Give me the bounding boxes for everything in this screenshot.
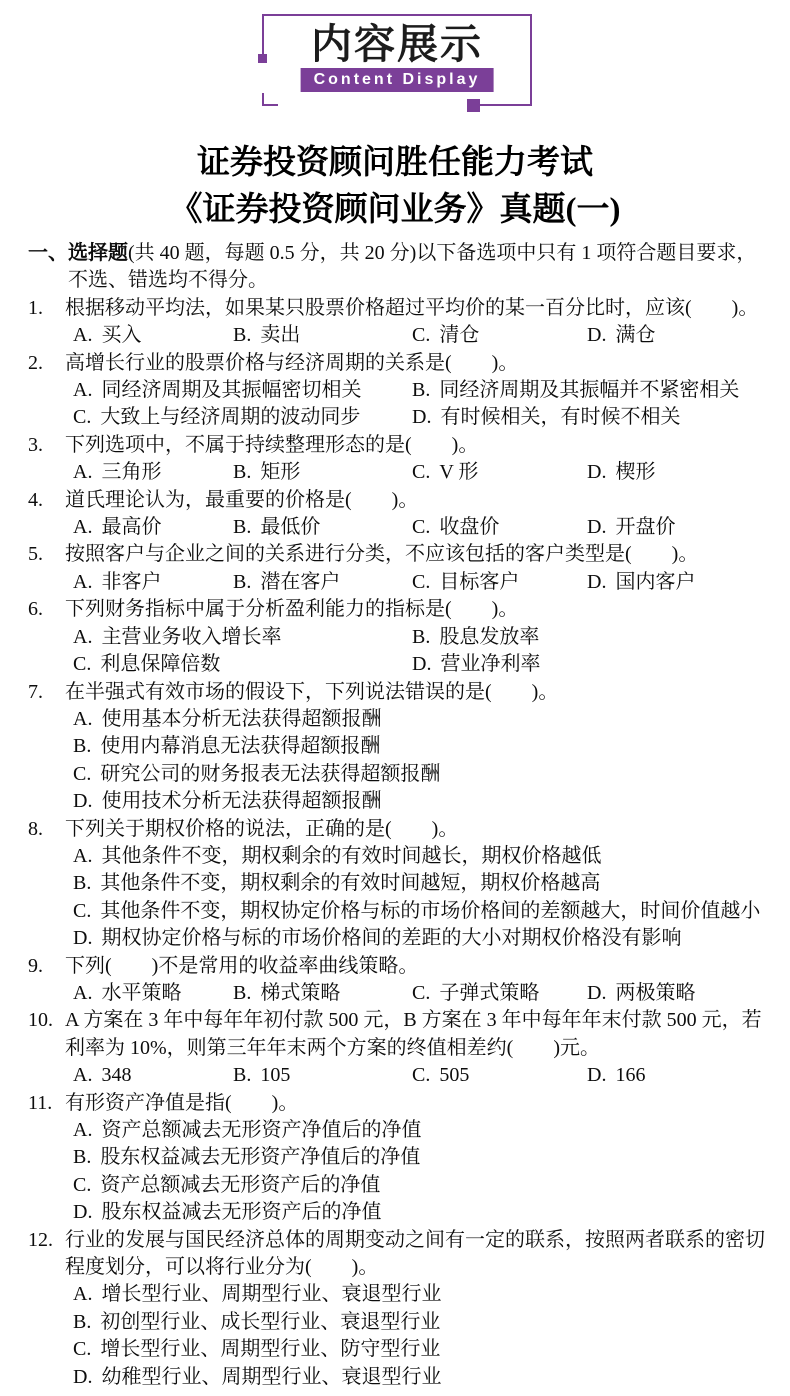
option-label: C. (412, 982, 430, 1004)
question-number: 2. (28, 350, 65, 377)
option-text: 初创型行业、成长型行业、衰退型行业 (100, 1311, 440, 1333)
option-label: B. (233, 516, 251, 538)
option-label: A. (73, 1119, 92, 1141)
question-text: 根据移动平均法，如果某只股票价格超过平均价的某一百分比时，应该( )。 (65, 295, 765, 322)
badge-frame-top-line (262, 14, 532, 16)
option-item: A.最高价 (73, 514, 233, 541)
option-text: 楔形 (615, 461, 655, 483)
question-number: 12. (28, 1227, 65, 1282)
option-item: C.目标客户 (412, 569, 587, 596)
option-text: 使用内幕消息无法获得超额报酬 (100, 735, 380, 757)
option-text: 最低价 (260, 516, 320, 538)
option-text: 505 (439, 1064, 469, 1086)
option-text: 使用技术分析无法获得超额报酬 (101, 790, 381, 812)
question-item: 4.道氏理论认为，最重要的价格是( )。A.最高价B.最低价C.收盘价D.开盘价 (28, 487, 765, 542)
option-item: C.大致上与经济周期的波动同步 (73, 404, 412, 431)
option-item: B.其他条件不变，期权剩余的有效时间越短，期权价格越高 (73, 870, 765, 897)
option-label: B. (412, 379, 430, 401)
option-item: C.子弹式策略 (412, 980, 587, 1007)
option-text: 卖出 (260, 324, 300, 346)
question-head: 9.下列( )不是常用的收益率曲线策略。 (28, 953, 765, 980)
option-label: D. (587, 516, 606, 538)
option-text: 子弹式策略 (439, 982, 539, 1004)
option-item: A.同经济周期及其振幅密切相关 (73, 377, 412, 404)
question-number: 11. (28, 1090, 65, 1117)
option-item: D.满仓 (587, 322, 765, 349)
question-head: 4.道氏理论认为，最重要的价格是( )。 (28, 487, 765, 514)
option-label: A. (73, 982, 92, 1004)
option-label: B. (73, 872, 91, 894)
option-item: C.资产总额减去无形资产后的净值 (73, 1172, 765, 1199)
question-head: 7.在半强式有效市场的假设下，下列说法错误的是( )。 (28, 679, 765, 706)
question-text: 下列选项中，不属于持续整理形态的是( )。 (65, 432, 765, 459)
option-text: 目标客户 (439, 571, 519, 593)
question-head: 1.根据移动平均法，如果某只股票价格超过平均价的某一百分比时，应该( )。 (28, 295, 765, 322)
option-text: 股东权益减去无形资产后的净值 (101, 1201, 381, 1223)
option-text: 使用基本分析无法获得超额报酬 (101, 708, 381, 730)
option-label: C. (412, 324, 430, 346)
option-group: A.买入B.卖出C.清仓D.满仓 (73, 322, 765, 349)
option-item: B.股东权益减去无形资产净值后的净值 (73, 1144, 765, 1171)
option-item: D.两极策略 (587, 980, 765, 1007)
option-text: 增长型行业、周期型行业、防守型行业 (100, 1338, 440, 1360)
option-item: D.楔形 (587, 459, 765, 486)
option-label: D. (73, 927, 92, 949)
question-head: 11.有形资产净值是指( )。 (28, 1090, 765, 1117)
option-label: D. (587, 324, 606, 346)
option-label: A. (73, 845, 92, 867)
option-text: 166 (615, 1064, 645, 1086)
question-text: 按照客户与企业之间的关系进行分类，不应该包括的客户类型是( )。 (65, 541, 765, 568)
badge-corner-bracket-horizontal (262, 104, 278, 106)
option-group: A.其他条件不变，期权剩余的有效时间越长，期权价格越低B.其他条件不变，期权剩余… (73, 843, 765, 953)
option-item: A.水平策略 (73, 980, 233, 1007)
option-text: 348 (101, 1064, 131, 1086)
option-group: A.水平策略B.梯式策略C.子弹式策略D.两极策略 (73, 980, 765, 1007)
option-item: A.主营业务收入增长率 (73, 624, 412, 651)
option-text: 矩形 (260, 461, 300, 483)
option-label: D. (587, 571, 606, 593)
option-group: A.348B.105C.505D.166 (73, 1062, 765, 1089)
question-text: 高增长行业的股票价格与经济周期的关系是( )。 (65, 350, 765, 377)
badge-title-chinese: 内容展示 (262, 24, 532, 65)
document-title-line1: 证券投资顾问胜任能力考试 (0, 140, 790, 187)
content-display-page: 内容展示 Content Display 证券投资顾问胜任能力考试 《证券投资顾… (0, 0, 790, 1396)
option-text: 股息发放率 (439, 626, 539, 648)
question-item: 9.下列( )不是常用的收益率曲线策略。A.水平策略B.梯式策略C.子弹式策略D… (28, 953, 765, 1008)
badge-frame-bottom-line (476, 104, 532, 106)
header-badge: 内容展示 Content Display (262, 14, 532, 106)
question-number: 6. (28, 596, 65, 623)
option-label: C. (73, 763, 91, 785)
document-title: 证券投资顾问胜任能力考试 《证券投资顾问业务》真题(一) (0, 140, 790, 234)
option-label: C. (73, 1174, 91, 1196)
question-item: 1.根据移动平均法，如果某只股票价格超过平均价的某一百分比时，应该( )。A.买… (28, 295, 765, 350)
question-item: 12.行业的发展与国民经济总体的周期变动之间有一定的联系，按照两者联系的密切程度… (28, 1227, 765, 1391)
option-label: D. (587, 982, 606, 1004)
option-item: A.使用基本分析无法获得超额报酬 (73, 706, 765, 733)
option-item: A.资产总额减去无形资产净值后的净值 (73, 1117, 765, 1144)
option-label: B. (233, 571, 251, 593)
question-item: 8.下列关于期权价格的说法，正确的是( )。A.其他条件不变，期权剩余的有效时间… (28, 816, 765, 953)
option-text: 潜在客户 (260, 571, 340, 593)
option-item: B.初创型行业、成长型行业、衰退型行业 (73, 1309, 765, 1336)
question-number: 8. (28, 816, 65, 843)
option-item: C.研究公司的财务报表无法获得超额报酬 (73, 761, 765, 788)
question-number: 3. (28, 432, 65, 459)
option-label: A. (73, 379, 92, 401)
option-item: D.使用技术分析无法获得超额报酬 (73, 788, 765, 815)
option-group: A.同经济周期及其振幅密切相关B.同经济周期及其振幅并不紧密相关C.大致上与经济… (73, 377, 765, 432)
question-item: 7.在半强式有效市场的假设下，下列说法错误的是( )。A.使用基本分析无法获得超… (28, 679, 765, 816)
option-item: D.期权协定价格与标的市场价格间的差距的大小对期权价格没有影响 (73, 925, 765, 952)
question-item: 3.下列选项中，不属于持续整理形态的是( )。A.三角形B.矩形C.V 形D.楔… (28, 432, 765, 487)
question-text: 下列( )不是常用的收益率曲线策略。 (65, 953, 765, 980)
option-label: A. (73, 461, 92, 483)
option-label: C. (73, 406, 91, 428)
option-item: C.505 (412, 1062, 587, 1089)
option-label: C. (412, 1064, 430, 1086)
question-head: 3.下列选项中，不属于持续整理形态的是( )。 (28, 432, 765, 459)
question-item: 6.下列财务指标中属于分析盈利能力的指标是( )。A.主营业务收入增长率B.股息… (28, 596, 765, 678)
question-number: 4. (28, 487, 65, 514)
option-item: B.同经济周期及其振幅并不紧密相关 (412, 377, 765, 404)
option-label: D. (587, 461, 606, 483)
option-label: C. (73, 653, 91, 675)
option-label: A. (73, 626, 92, 648)
option-text: 大致上与经济周期的波动同步 (100, 406, 360, 428)
badge-title-english: Content Display (301, 68, 494, 92)
question-head: 5.按照客户与企业之间的关系进行分类，不应该包括的客户类型是( )。 (28, 541, 765, 568)
question-number: 1. (28, 295, 65, 322)
question-text: 有形资产净值是指( )。 (65, 1090, 765, 1117)
option-label: A. (73, 516, 92, 538)
badge-accent-square-bottom (467, 99, 480, 112)
option-label: D. (73, 1201, 92, 1223)
option-text: 增长型行业、周期型行业、衰退型行业 (101, 1283, 441, 1305)
option-item: D.股东权益减去无形资产后的净值 (73, 1199, 765, 1226)
option-text: 其他条件不变，期权协定价格与标的市场价格间的差额越大，时间价值越小 (100, 900, 760, 922)
option-group: A.使用基本分析无法获得超额报酬B.使用内幕消息无法获得超额报酬C.研究公司的财… (73, 706, 765, 816)
option-label: B. (412, 626, 430, 648)
option-text: 清仓 (439, 324, 479, 346)
option-item: D.有时候相关，有时候不相关 (412, 404, 765, 431)
section-description: (共 40 题，每题 0.5 分，共 20 分)以下备选项中只有 1 项符合题目… (68, 242, 756, 291)
question-item: 5.按照客户与企业之间的关系进行分类，不应该包括的客户类型是( )。A.非客户B… (28, 541, 765, 596)
option-item: D.166 (587, 1062, 765, 1089)
option-label: D. (412, 406, 431, 428)
option-item: B.矩形 (233, 459, 412, 486)
section-number: 一、 (28, 240, 68, 295)
option-text: 研究公司的财务报表无法获得超额报酬 (100, 763, 440, 785)
option-item: D.营业净利率 (412, 651, 765, 678)
option-group: A.最高价B.最低价C.收盘价D.开盘价 (73, 514, 765, 541)
option-text: 三角形 (101, 461, 161, 483)
option-text: 主营业务收入增长率 (101, 626, 281, 648)
option-item: C.其他条件不变，期权协定价格与标的市场价格间的差额越大，时间价值越小 (73, 898, 765, 925)
question-head: 8.下列关于期权价格的说法，正确的是( )。 (28, 816, 765, 843)
option-label: A. (73, 708, 92, 730)
option-text: 幼稚型行业、周期型行业、衰退型行业 (101, 1366, 441, 1388)
option-text: 资产总额减去无形资产后的净值 (100, 1174, 380, 1196)
option-text: 股东权益减去无形资产净值后的净值 (100, 1146, 420, 1168)
option-group: A.资产总额减去无形资产净值后的净值B.股东权益减去无形资产净值后的净值C.资产… (73, 1117, 765, 1227)
option-group: A.主营业务收入增长率B.股息发放率C.利息保障倍数D.营业净利率 (73, 624, 765, 679)
option-item: D.幼稚型行业、周期型行业、衰退型行业 (73, 1364, 765, 1391)
option-text: 其他条件不变，期权剩余的有效时间越短，期权价格越高 (100, 872, 600, 894)
option-label: B. (73, 1311, 91, 1333)
question-number: 5. (28, 541, 65, 568)
option-text: 两极策略 (615, 982, 695, 1004)
option-text: 梯式策略 (260, 982, 340, 1004)
option-text: 其他条件不变，期权剩余的有效时间越长，期权价格越低 (101, 845, 601, 867)
option-group: A.三角形B.矩形C.V 形D.楔形 (73, 459, 765, 486)
section-text: 选择题(共 40 题，每题 0.5 分，共 20 分)以下备选项中只有 1 项符… (68, 240, 765, 295)
option-item: B.潜在客户 (233, 569, 412, 596)
question-text: 下列关于期权价格的说法，正确的是( )。 (65, 816, 765, 843)
section-heading-row: 一、 选择题(共 40 题，每题 0.5 分，共 20 分)以下备选项中只有 1… (28, 240, 765, 295)
question-text: 在半强式有效市场的假设下，下列说法错误的是( )。 (65, 679, 765, 706)
option-text: 非客户 (101, 571, 161, 593)
option-text: 满仓 (615, 324, 655, 346)
option-label: B. (233, 324, 251, 346)
question-item: 10.A 方案在 3 年中每年年初付款 500 元，B 方案在 3 年中每年年末… (28, 1007, 765, 1089)
question-text: 下列财务指标中属于分析盈利能力的指标是( )。 (65, 596, 765, 623)
option-label: A. (73, 1283, 92, 1305)
option-label: B. (233, 461, 251, 483)
option-text: 期权协定价格与标的市场价格间的差距的大小对期权价格没有影响 (101, 927, 681, 949)
option-item: C.清仓 (412, 322, 587, 349)
option-label: B. (73, 735, 91, 757)
option-label: D. (587, 1064, 606, 1086)
option-item: A.买入 (73, 322, 233, 349)
option-item: B.最低价 (233, 514, 412, 541)
option-group: A.非客户B.潜在客户C.目标客户D.国内客户 (73, 569, 765, 596)
option-label: C. (73, 1338, 91, 1360)
option-text: 同经济周期及其振幅并不紧密相关 (439, 379, 739, 401)
option-item: B.股息发放率 (412, 624, 765, 651)
question-head: 6.下列财务指标中属于分析盈利能力的指标是( )。 (28, 596, 765, 623)
exam-body: 一、 选择题(共 40 题，每题 0.5 分，共 20 分)以下备选项中只有 1… (28, 240, 765, 1391)
option-label: B. (73, 1146, 91, 1168)
option-item: B.梯式策略 (233, 980, 412, 1007)
question-text: 道氏理论认为，最重要的价格是( )。 (65, 487, 765, 514)
section-title: 选择题 (68, 242, 128, 264)
option-item: D.开盘价 (587, 514, 765, 541)
option-label: A. (73, 571, 92, 593)
question-head: 10.A 方案在 3 年中每年年初付款 500 元，B 方案在 3 年中每年年末… (28, 1007, 765, 1062)
option-item: A.其他条件不变，期权剩余的有效时间越长，期权价格越低 (73, 843, 765, 870)
option-text: V 形 (439, 461, 478, 483)
option-item: B.卖出 (233, 322, 412, 349)
option-item: C.利息保障倍数 (73, 651, 412, 678)
option-item: C.V 形 (412, 459, 587, 486)
question-list: 1.根据移动平均法，如果某只股票价格超过平均价的某一百分比时，应该( )。A.买… (28, 295, 765, 1391)
option-label: C. (73, 900, 91, 922)
option-label: C. (412, 571, 430, 593)
option-item: B.105 (233, 1062, 412, 1089)
question-text: 行业的发展与国民经济总体的周期变动之间有一定的联系，按照两者联系的密切程度划分，… (65, 1227, 765, 1282)
option-text: 资产总额减去无形资产净值后的净值 (101, 1119, 421, 1141)
option-item: C.收盘价 (412, 514, 587, 541)
question-number: 9. (28, 953, 65, 980)
option-label: C. (412, 461, 430, 483)
question-number: 10. (28, 1007, 65, 1062)
option-text: 同经济周期及其振幅密切相关 (101, 379, 361, 401)
option-label: B. (233, 1064, 251, 1086)
option-item: A.增长型行业、周期型行业、衰退型行业 (73, 1281, 765, 1308)
option-label: D. (73, 790, 92, 812)
option-text: 最高价 (101, 516, 161, 538)
option-item: C.增长型行业、周期型行业、防守型行业 (73, 1336, 765, 1363)
option-text: 有时候相关，有时候不相关 (440, 406, 680, 428)
option-text: 营业净利率 (440, 653, 540, 675)
option-label: A. (73, 324, 92, 346)
question-item: 2.高增长行业的股票价格与经济周期的关系是( )。A.同经济周期及其振幅密切相关… (28, 350, 765, 432)
option-text: 买入 (101, 324, 141, 346)
option-item: B.使用内幕消息无法获得超额报酬 (73, 733, 765, 760)
option-text: 收盘价 (439, 516, 499, 538)
option-label: A. (73, 1064, 92, 1086)
question-number: 7. (28, 679, 65, 706)
document-title-line2: 《证券投资顾问业务》真题(一) (0, 187, 790, 234)
option-label: D. (73, 1366, 92, 1388)
option-item: A.348 (73, 1062, 233, 1089)
question-item: 11.有形资产净值是指( )。A.资产总额减去无形资产净值后的净值B.股东权益减… (28, 1090, 765, 1227)
question-head: 2.高增长行业的股票价格与经济周期的关系是( )。 (28, 350, 765, 377)
question-text: A 方案在 3 年中每年年初付款 500 元，B 方案在 3 年中每年年末付款 … (65, 1007, 765, 1062)
option-item: A.非客户 (73, 569, 233, 596)
option-text: 水平策略 (101, 982, 181, 1004)
option-label: C. (412, 516, 430, 538)
option-label: B. (233, 982, 251, 1004)
option-group: A.增长型行业、周期型行业、衰退型行业B.初创型行业、成长型行业、衰退型行业C.… (73, 1281, 765, 1391)
option-text: 利息保障倍数 (100, 653, 220, 675)
option-text: 国内客户 (615, 571, 695, 593)
option-item: D.国内客户 (587, 569, 765, 596)
option-text: 105 (260, 1064, 290, 1086)
option-item: A.三角形 (73, 459, 233, 486)
option-text: 开盘价 (615, 516, 675, 538)
question-head: 12.行业的发展与国民经济总体的周期变动之间有一定的联系，按照两者联系的密切程度… (28, 1227, 765, 1282)
option-label: D. (412, 653, 431, 675)
